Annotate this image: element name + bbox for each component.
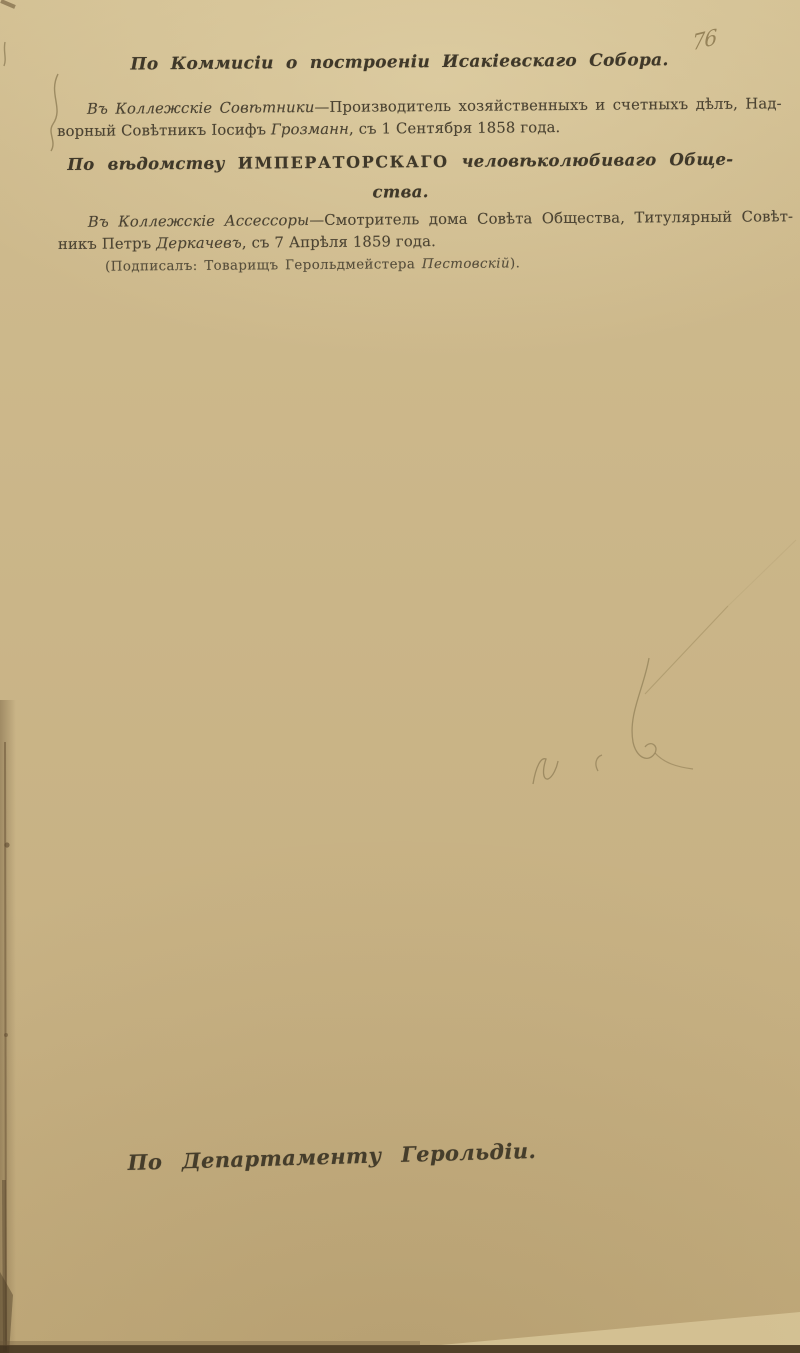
section-heading-imperial-society: По вѣдомству ИМПЕРАТОРСКАГО человѣколюби…: [30, 144, 770, 210]
body-text: никъ Петръ: [58, 235, 156, 253]
pencil-mark-tail: [655, 753, 693, 769]
body-text: , съ 1 Сентября 1858 года.: [349, 119, 561, 138]
scratch-line-faint: [728, 540, 796, 606]
signature-text: ).: [510, 256, 520, 271]
signatory-name-text: Пестовскій: [422, 256, 510, 272]
section-heading-heraldry-department: По Департаменту Герольдіи.: [127, 1138, 536, 1175]
body-text: , съ 7 Апрѣля 1859 года.: [242, 233, 436, 252]
heading-caps-text: ИМПЕРАТОРСКАГО: [238, 152, 449, 173]
heading-text: ства.: [372, 182, 428, 201]
paragraph-appointment-1: Въ Коллежскіе Совѣтники—Производитель хо…: [57, 94, 757, 143]
signature-line: (Подписалъ: Товарищъ Герольдмейстера Пес…: [105, 256, 520, 274]
rank-title-text: Въ Коллежскіе Ассессоры: [88, 212, 310, 231]
pencil-mark-left-edge: [4, 42, 5, 66]
heading-text: человѣколюбиваго Обще-: [449, 150, 734, 171]
section-heading-commission: По Коммисіи о построеніи Исакіевскаго Со…: [29, 49, 769, 75]
rank-title-text: Въ Коллежскіе Совѣтники: [87, 99, 315, 118]
pencil-mark-tick: [596, 755, 602, 771]
left-edge-shadow: [0, 700, 16, 1353]
heading-text: По вѣдомству: [67, 154, 238, 174]
pencil-mark-scribble: [533, 759, 558, 784]
underlying-page-edge: [430, 1312, 800, 1346]
bottom-edge-shadow: [0, 1345, 800, 1353]
bottom-edge-shadow-soft: [0, 1341, 420, 1346]
body-text: —Смотритель дома Совѣта Общества, Титуля…: [309, 208, 793, 229]
paragraph-appointment-2: Въ Коллежскіе Ассессоры—Смотритель дома …: [58, 207, 758, 256]
scanned-document-page: 76 По Коммисіи о построеніи Исакіевскаго…: [0, 0, 800, 1353]
body-text: ворный Совѣтникъ Іосифъ: [57, 121, 271, 140]
person-name-text: Деркачевъ: [156, 235, 242, 253]
top-left-edge-mark: [1, 1, 15, 7]
signature-text: (Подписалъ: Товарищъ Герольдмейстера: [105, 257, 422, 274]
person-name-text: Грозманн: [271, 121, 349, 139]
paragraph-line: ворный Совѣтникъ Іосифъ Грозманн, съ 1 С…: [57, 116, 757, 143]
pencil-mark-curve: [632, 658, 656, 758]
scratch-line: [645, 606, 728, 694]
paragraph-line: никъ Петръ Деркачевъ, съ 7 Апрѣля 1859 г…: [58, 229, 758, 256]
body-text: —Производитель хозяйственныхъ и счетныхъ…: [314, 95, 781, 116]
